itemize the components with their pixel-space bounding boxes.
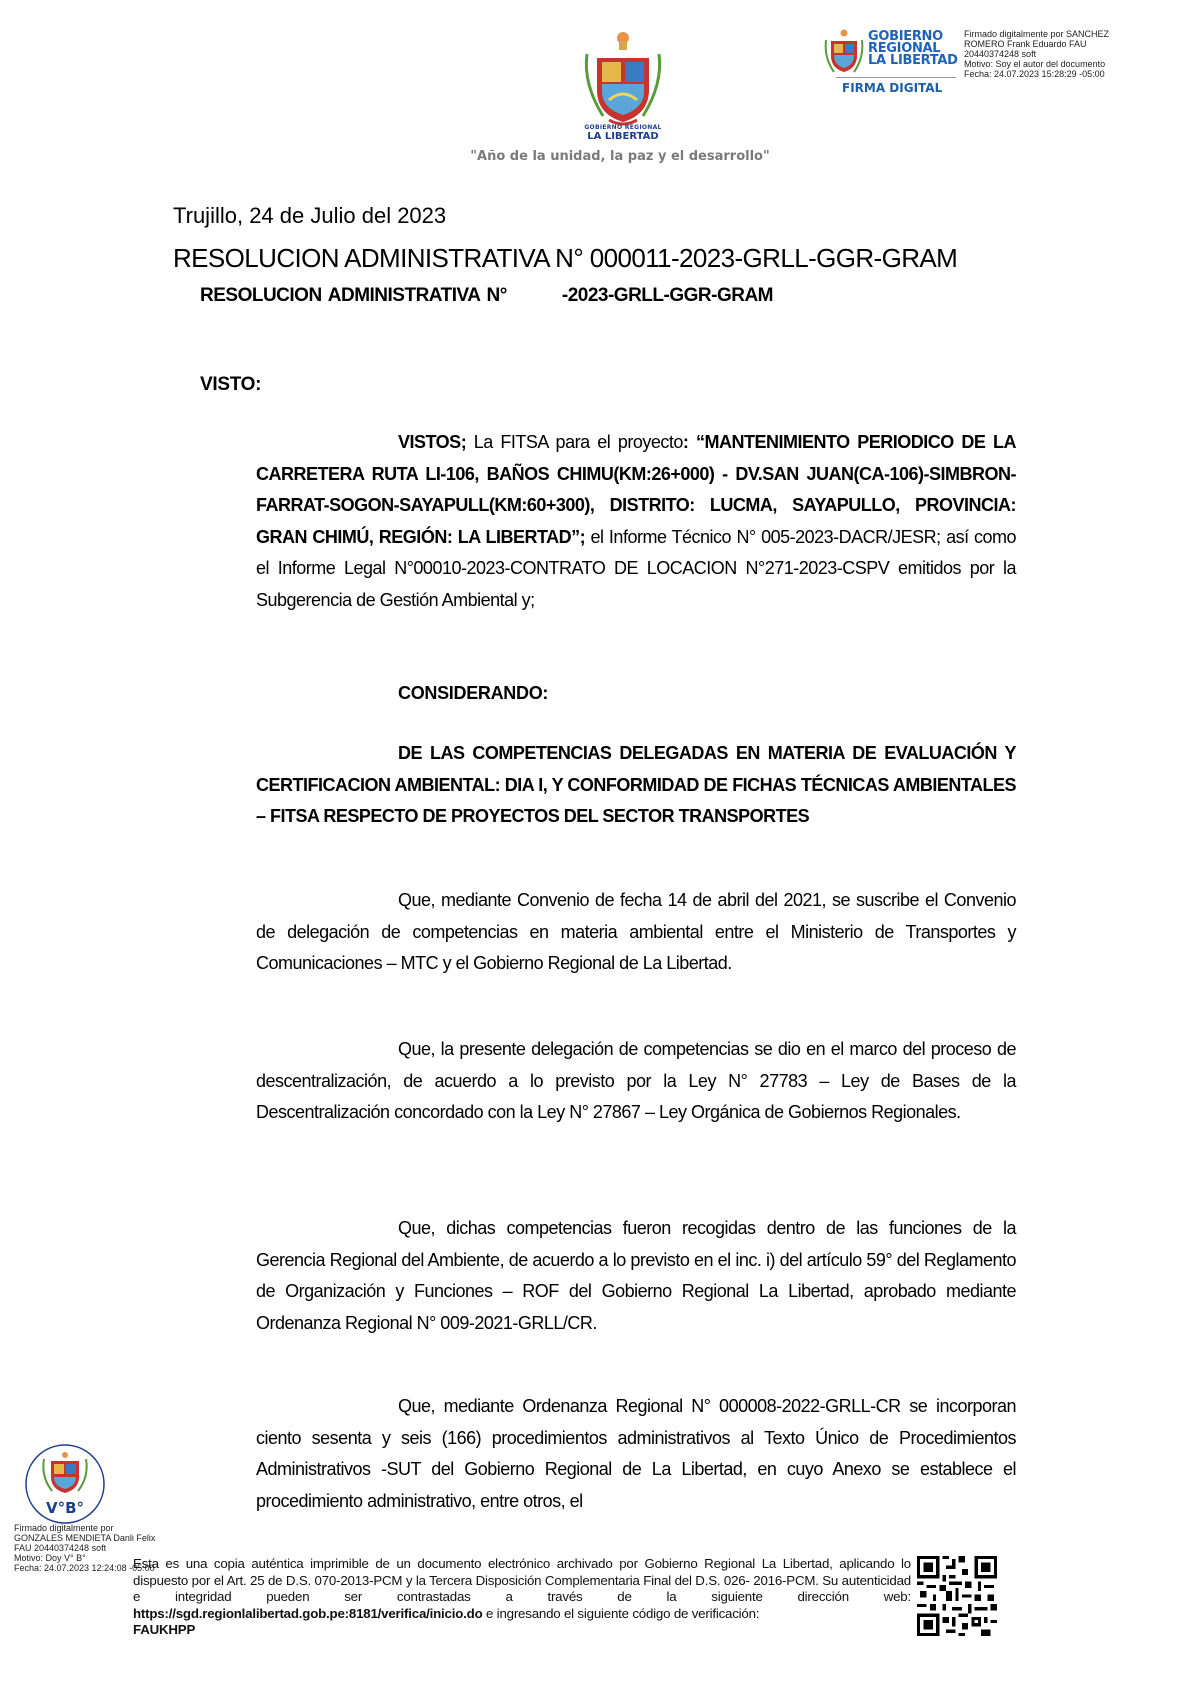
competencias-heading: DE LAS COMPETENCIAS DELEGADAS EN MATERIA… (256, 738, 1016, 833)
visto-heading: VISTO: (200, 374, 261, 396)
firma-brand-line3: LA LIBERTAD (868, 55, 958, 67)
paragraph-competencias: Que, dichas competencias fueron recogida… (256, 1213, 1016, 1339)
vistos-lead: VISTOS; (398, 432, 466, 452)
verification-url[interactable]: https://sgd.regionlalibertad.gob.pe:8181… (133, 1606, 483, 1621)
firma-divider (836, 77, 956, 78)
document-date: Trujillo, 24 de Julio del 2023 (173, 203, 446, 229)
year-motto: "Año de la unidad, la paz y el desarroll… (380, 149, 860, 164)
subtitle-left: RESOLUCION ADMINISTRATIVA N° (200, 285, 507, 306)
crest-caption-line2: LA LIBERTAD (560, 131, 686, 142)
document-title: RESOLUCION ADMINISTRATIVA N° 000011-2023… (173, 243, 957, 274)
verification-code: FAUKHPP (133, 1622, 195, 1637)
paragraph-convenio: Que, mediante Convenio de fecha 14 de ab… (256, 885, 1016, 980)
competencias-text: DE LAS COMPETENCIAS DELEGADAS EN MATERIA… (256, 743, 1016, 826)
vb-stamp-icon: V°B° (24, 1443, 106, 1525)
qr-code-icon[interactable] (917, 1556, 997, 1636)
footer-text1: Esta es una copia auténtica imprimible d… (133, 1556, 911, 1604)
digital-signature-author: Firmado digitalmente por SANCHEZ ROMERO … (964, 29, 1109, 79)
crest-caption: GOBIERNO REGIONAL LA LIBERTAD (560, 124, 686, 142)
paragraph-ordenanza: Que, mediante Ordenanza Regional N° 0000… (256, 1391, 1016, 1517)
authenticity-footer: Esta es una copia auténtica imprimible d… (133, 1556, 911, 1639)
firma-digital-label: FIRMA DIGITAL (842, 81, 942, 95)
paragraph-delegacion: Que, la presente delegación de competenc… (256, 1034, 1016, 1129)
subtitle-right: -2023-GRLL-GGR-GRAM (562, 285, 773, 306)
firma-brand-text: GOBIERNO REGIONAL LA LIBERTAD (868, 31, 958, 67)
firma-crest-icon (822, 28, 866, 78)
considerando-heading: CONSIDERANDO: (398, 683, 548, 704)
vistos-paragraph: VISTOS; La FITSA para el proyecto: “MANT… (256, 427, 1016, 617)
crest-caption-line1: GOBIERNO REGIONAL (560, 124, 686, 131)
document-subtitle: RESOLUCION ADMINISTRATIVA N°-2023-GRLL-G… (200, 285, 773, 307)
footer-text2: e ingresando el siguiente código de veri… (483, 1606, 760, 1621)
vistos-text1: La FITSA para el proyecto (466, 432, 683, 452)
vb-label: V°B° (46, 1499, 84, 1517)
